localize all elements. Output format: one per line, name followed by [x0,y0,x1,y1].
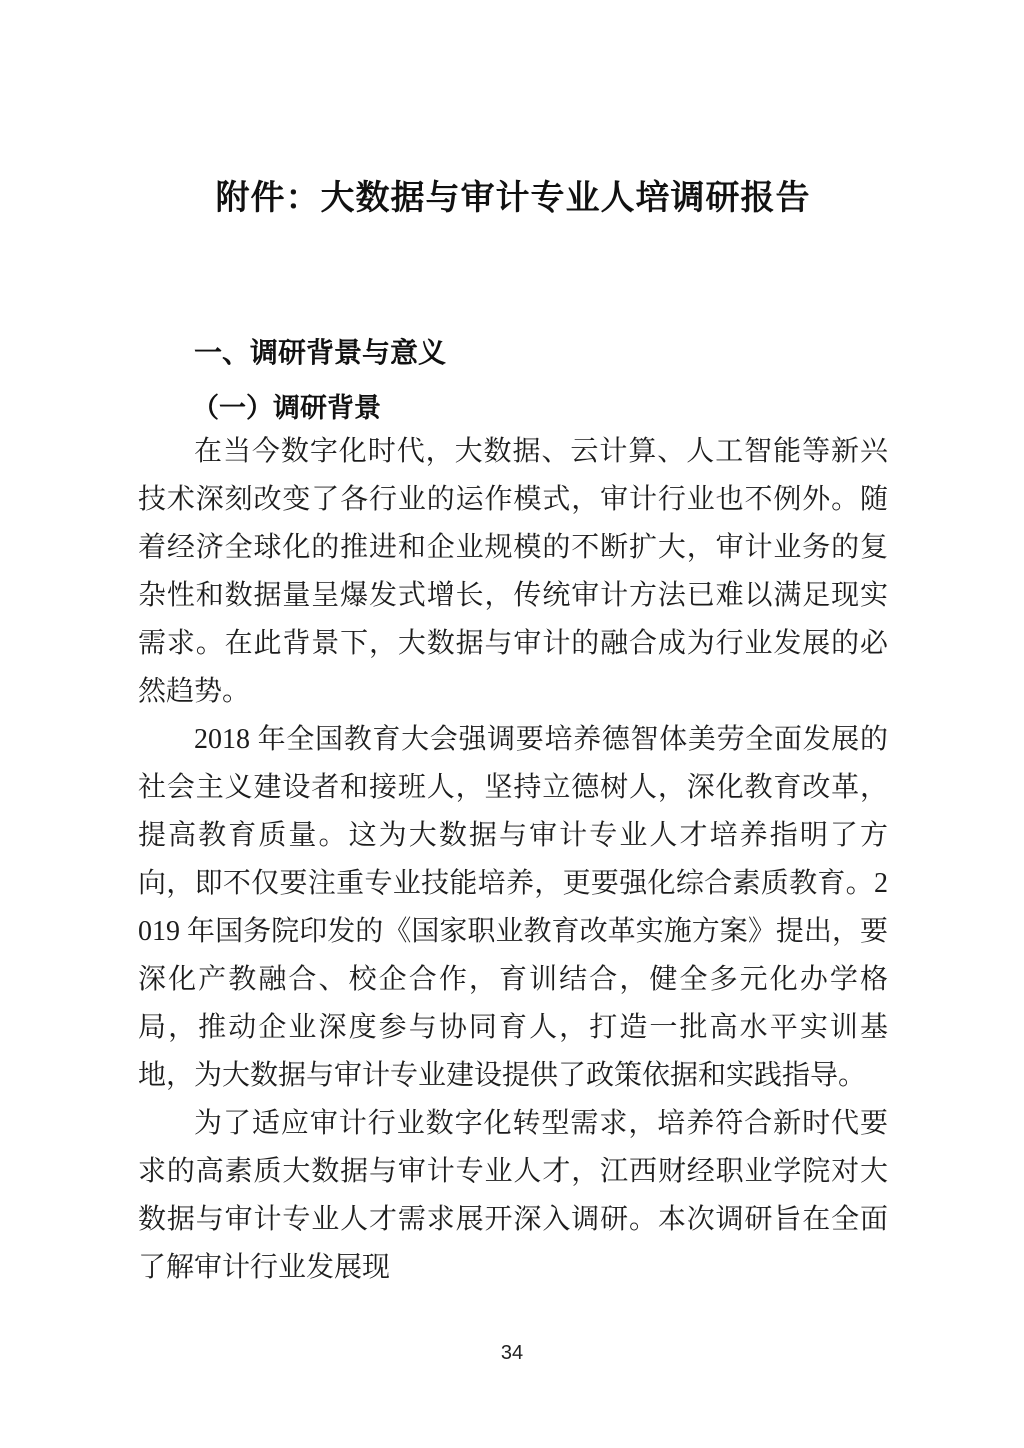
section-heading: 一、调研背景与意义 [138,333,888,373]
paragraph-research-background: 在当今数字化时代，大数据、云计算、人工智能等新兴技术深刻改变了各行业的运作模式，… [138,428,888,716]
paragraph-survey-purpose: 为了适应审计行业数字化转型需求，培养符合新时代要求的高素质大数据与审计专业人才，… [138,1100,888,1292]
paragraph-education-policy: 2018 年全国教育大会强调要培养德智体美劳全面发展的社会主义建设者和接班人，坚… [138,716,888,1100]
subsection-heading: （一）调研背景 [138,388,888,428]
document-page: 附件：大数据与审计专业人培调研报告 一、调研背景与意义 （一）调研背景 在当今数… [0,0,1024,1448]
document-title: 附件：大数据与审计专业人培调研报告 [138,0,888,220]
page-number: 34 [0,1342,1024,1365]
document-content: 附件：大数据与审计专业人培调研报告 一、调研背景与意义 （一）调研背景 在当今数… [138,0,888,1292]
